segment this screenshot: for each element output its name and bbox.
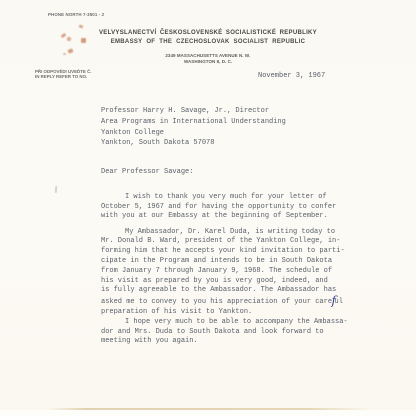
paragraph-3: I hope very much to be able to accompany… xyxy=(101,318,348,347)
reference-note-english: IN REPLY REFER TO NO. xyxy=(35,74,91,79)
phone-number: PHONE NORTH 7-3501 - 2 xyxy=(48,12,104,17)
body-line: dor and Mrs. Duda to South Dakota and lo… xyxy=(101,328,348,338)
body-line: with you at our Embassy at the beginning… xyxy=(101,212,348,222)
body-line-with-correction: asked me to convey to you his appreciati… xyxy=(101,296,348,308)
body-line: Mr. Donald B. Ward, president of the Yan… xyxy=(101,237,348,247)
embassy-name-english: EMBASSY OF THE CZECHOSLOVAK SOCIALIST RE… xyxy=(6,39,410,45)
recipient-line: Professor Harry H. Savage, Jr., Director xyxy=(101,106,286,117)
scan-artifact xyxy=(55,186,57,193)
body-line: meeting with you again. xyxy=(101,337,348,347)
paragraph-2: My Ambassador, Dr. Karel Duda, is writin… xyxy=(101,228,348,318)
recipient-address: Professor Harry H. Savage, Jr., Director… xyxy=(101,106,286,149)
letter-document: PHONE NORTH 7-3501 - 2 VELVYSLANECTVÍ ČE… xyxy=(0,0,416,410)
letter-body: Dear Professor Savage: I wish to thank y… xyxy=(101,168,348,347)
embassy-name-czech: VELVYSLANECTVÍ ČESKOSLOVENSKÉ SOCIALISTI… xyxy=(6,30,410,36)
body-line: from January 7 through January 9, 1968. … xyxy=(101,267,348,277)
paragraph-1: I wish to thank you very much for your l… xyxy=(101,193,348,222)
salutation: Dear Professor Savage: xyxy=(101,168,348,178)
body-line: preparation of his visit to Yankton. xyxy=(101,308,348,318)
body-line: cipate in the Program and intends to be … xyxy=(101,257,348,267)
recipient-line: Yankton, South Dakota 57078 xyxy=(101,138,286,149)
body-line: I hope very much to be able to accompany… xyxy=(101,318,348,328)
body-line: forming him that he accepts your kind in… xyxy=(101,247,348,257)
body-line: October 5, 1967 and for having the oppor… xyxy=(101,203,348,213)
handwritten-f-correction: f xyxy=(332,298,336,305)
reference-note: PŘI ODPOVĚDI UVEĎTE Č. IN REPLY REFER TO… xyxy=(35,69,91,79)
body-line: his visit as prepared by you is very goo… xyxy=(101,277,348,287)
body-line: My Ambassador, Dr. Karel Duda, is writin… xyxy=(101,228,348,238)
body-line: I wish to thank you very much for your l… xyxy=(101,193,348,203)
scanned-letter-page: PHONE NORTH 7-3501 - 2 VELVYSLANECTVÍ ČE… xyxy=(0,0,416,416)
scan-background xyxy=(0,410,416,416)
date-line: November 3, 1967 xyxy=(258,71,325,81)
recipient-line: Yankton College xyxy=(101,128,286,139)
body-line: is fully agreeable to the Ambassador. Th… xyxy=(101,286,348,296)
recipient-line: Area Programs in International Understan… xyxy=(101,117,286,128)
body-text: asked me to convey to you his appreciati… xyxy=(101,298,332,306)
